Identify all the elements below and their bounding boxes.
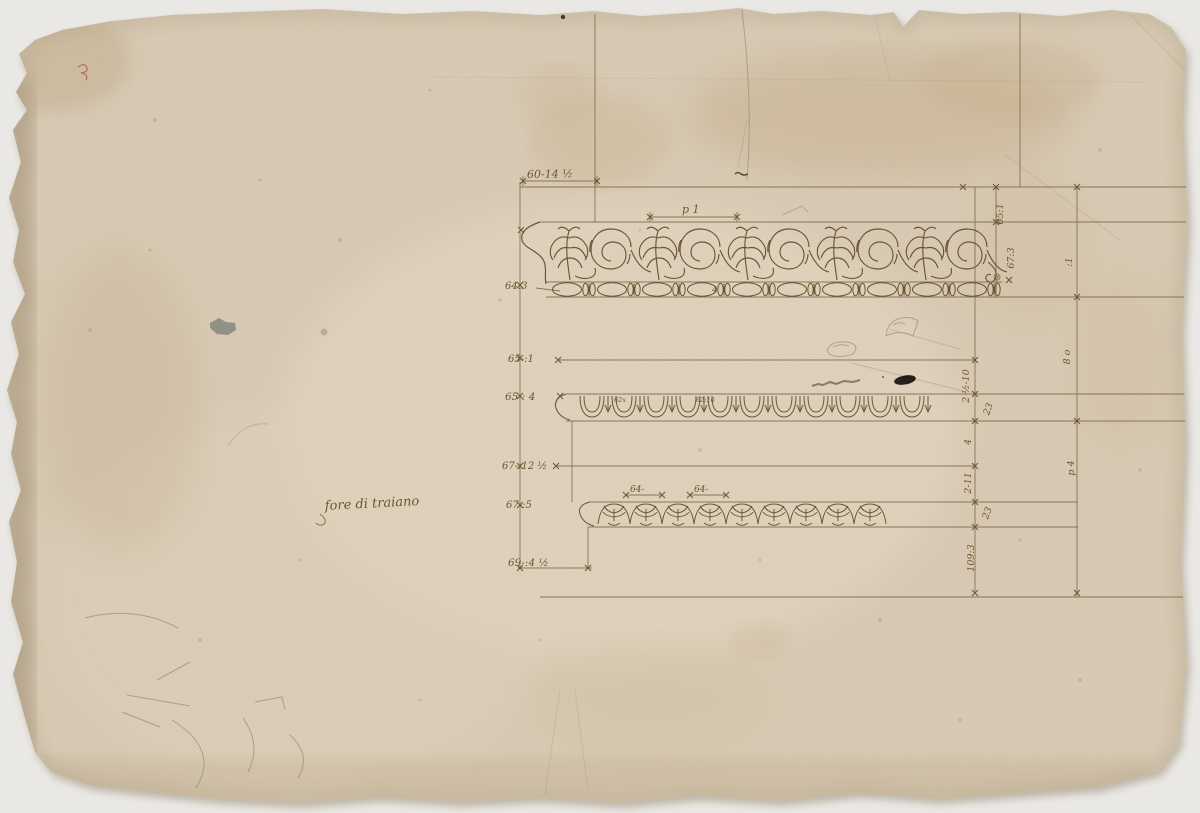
dim-label-overall-8o: 8 o xyxy=(1062,349,1073,364)
dim-label-top: 60-14 ½ xyxy=(527,167,573,181)
dim-label-right-67-3: 67:3 xyxy=(1006,247,1017,268)
annotation-egg-62-16: 62:16 xyxy=(696,396,715,404)
dim-label-module-p1: p 1 xyxy=(682,203,700,216)
dim-label-leaf-64a: 64- xyxy=(630,485,645,495)
dim-label-right-2h-10: 2 ½-10 xyxy=(961,369,972,404)
dim-label-left-69-4: 69-:4 ½ xyxy=(508,557,549,569)
dim-label-left-67-5: 67-:5 xyxy=(506,500,532,511)
dim-label-right-4: 4 xyxy=(963,439,974,446)
dim-label-overall-1: :1 xyxy=(1064,257,1075,266)
dim-label-leaf-64b: 64- xyxy=(694,485,709,495)
dim-label-left-64-3: 64:3 xyxy=(505,281,527,292)
dark-speck xyxy=(561,15,565,19)
dim-label-right-65-1: 65:1 xyxy=(995,203,1006,224)
dim-label-left-67-12: 67-:12 ½ xyxy=(502,461,547,472)
dim-label-right-109-3: 109:3 xyxy=(966,544,977,571)
scanned-drawing-root: 60-14 ½ p 1 64:3 65-:1 65 : 4 67-:12 ½ 6… xyxy=(0,0,1200,813)
annotation-bead-4: 4 xyxy=(711,286,717,296)
drawing-canvas: 60-14 ½ p 1 64:3 65-:1 65 : 4 67-:12 ½ 6… xyxy=(0,0,1200,813)
dim-label-left-65-1: 65-:1 xyxy=(508,354,534,365)
dim-label-left-65-4: 65 : 4 xyxy=(505,391,535,403)
gray-blot-small xyxy=(321,329,328,336)
dim-label-overall-p4: p 4 xyxy=(1066,460,1077,475)
annotation-egg-62x: 62x xyxy=(614,396,626,404)
dim-label-right-2-11: 2-11 xyxy=(963,472,974,494)
